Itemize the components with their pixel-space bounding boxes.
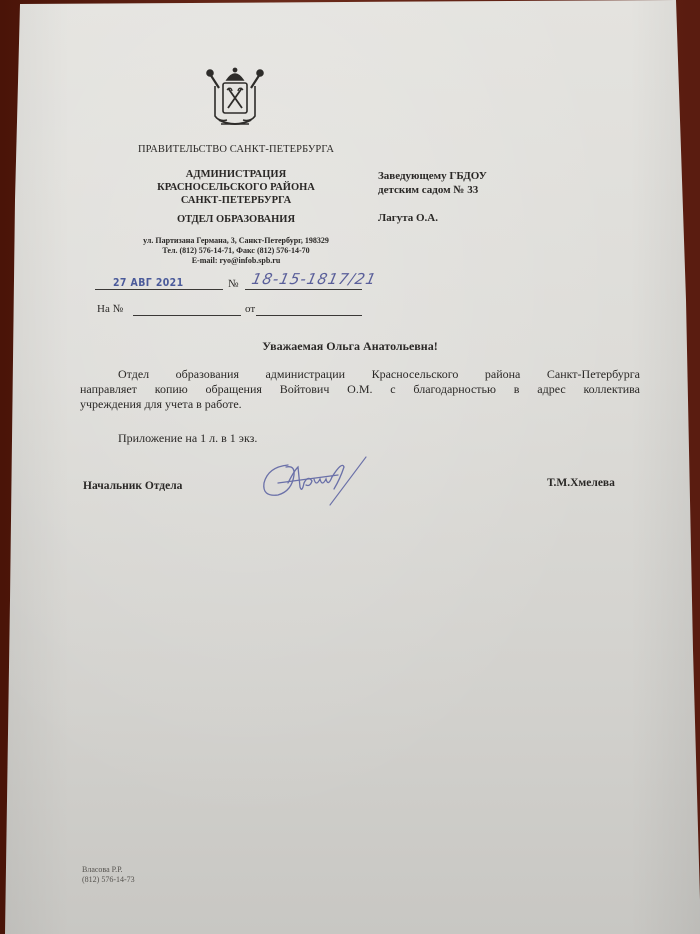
- body-paragraph-line: Отдел образования администрации Красносе…: [80, 367, 640, 382]
- recipient-organization: детским садом № 33: [378, 183, 478, 197]
- recipient-name: Лагута О.А.: [378, 211, 438, 225]
- body-paragraph-line: учреждения для учета в работе.: [80, 397, 640, 412]
- phone-fax-line: Тел. (812) 576-14-71, Факс (812) 576-14-…: [120, 246, 352, 256]
- executor-phone: (812) 576-14-73: [82, 875, 135, 884]
- recipient-position: Заведующему ГБДОУ: [378, 169, 487, 183]
- administration-line: САНКТ-ПЕТЕРБУРГА: [120, 194, 352, 207]
- attachment-note: Приложение на 1 л. в 1 экз.: [118, 431, 257, 446]
- email-line: E-mail: ryo@infob.spb.ru: [120, 256, 352, 266]
- date-stamp: 27 АВГ 2021: [113, 276, 184, 289]
- coat-of-arms-icon: [205, 66, 265, 128]
- signatory-title: Начальник Отдела: [83, 480, 182, 492]
- reference-date-line: [256, 315, 362, 316]
- department-name: ОТДЕЛ ОБРАЗОВАНИЯ: [120, 214, 352, 225]
- government-name: ПРАВИТЕЛЬСТВО САНКТ-ПЕТЕРБУРГА: [120, 144, 352, 155]
- executor-name: Власова Р.Р.: [82, 865, 123, 874]
- administration-line: АДМИНИСТРАЦИЯ: [120, 168, 352, 181]
- reference-number-line: [133, 315, 241, 316]
- signatory-name: Т.М.Хмелева: [547, 477, 615, 489]
- handwritten-signature-icon: [258, 453, 383, 508]
- registration-number: 18-15-1817/21: [250, 270, 378, 288]
- address-line: ул. Партизана Германа, 3, Санкт-Петербур…: [120, 236, 352, 246]
- number-label: №: [228, 278, 239, 290]
- administration-line: КРАСНОСЕЛЬСКОГО РАЙОНА: [120, 181, 352, 194]
- number-field-line: [245, 289, 362, 290]
- salutation: Уважаемая Ольга Анатольевна!: [100, 339, 600, 354]
- reference-number-label: На №: [97, 303, 123, 315]
- date-field-line: [95, 289, 223, 290]
- body-paragraph-line: направляет копию обращения Войтович О.М.…: [80, 382, 640, 397]
- reference-date-label: от: [245, 303, 255, 315]
